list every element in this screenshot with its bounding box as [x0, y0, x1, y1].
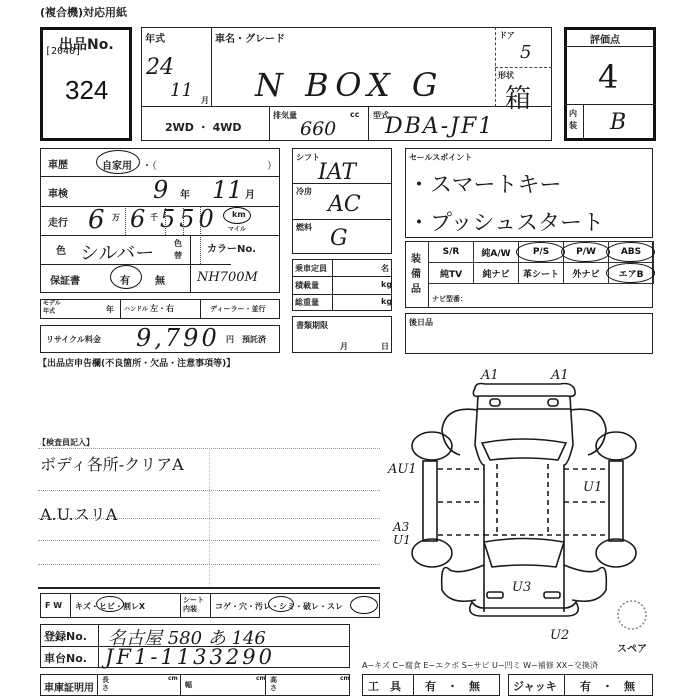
equipment-item: S/R [428, 241, 474, 263]
year-label: 年式 [145, 30, 165, 45]
sales-point-2: ・プッシュスタート [408, 206, 604, 237]
mark-left-lower-2: U1 [393, 533, 411, 547]
damage-legend: A−キズ C−腐食 E−エクボ S−サビ U−凹ミ W−補修 XX−交換済 [362, 660, 598, 671]
chassis-value: JF1-1133290 [105, 645, 275, 669]
car-name-label: 車名・グレード [215, 30, 285, 45]
equipment-item: 外ナビ [563, 262, 609, 284]
month-value: 11 [170, 80, 193, 101]
ac-value: AC [328, 192, 361, 217]
car-name-value: N BOX G [255, 66, 443, 104]
lot-number-box: 出品No. [2040] 324 [40, 27, 132, 141]
mileage-sen: 6 [130, 205, 145, 233]
lot-number: 324 [65, 75, 108, 106]
mileage-man: 6 [88, 205, 105, 235]
inspection-month: 11 [212, 176, 243, 204]
equipment-circle-mark [606, 242, 655, 262]
inspector-line-1: ボディ各所-クリアA [40, 452, 184, 475]
later-items-block [405, 313, 653, 354]
equipment-item: 純ナビ [473, 262, 519, 284]
interior-score: B [610, 110, 626, 135]
displacement-value: 660 [300, 118, 336, 140]
seller-notes-label: 【出品店申告欄(不良箇所・欠品・注意事項等)】 [38, 356, 235, 369]
drive-label: 2WD ・ 4WD [165, 119, 242, 135]
equipment-item: 純A/W [473, 241, 519, 263]
mark-rear-center: U3 [512, 580, 531, 595]
car-diagram [380, 360, 700, 650]
shape-value: 箱 [505, 78, 531, 115]
fuel-value: G [330, 226, 348, 251]
warranty-yes: 有 [120, 272, 130, 287]
mark-front-right: A1 [551, 368, 569, 383]
mark-left-lower-1: A3 [393, 520, 409, 534]
year-value: 24 [146, 55, 174, 80]
equipment-circle-mark [561, 242, 610, 262]
warranty-no: 無 [155, 272, 165, 287]
jack-options: 有 ・ 無 [580, 678, 635, 694]
equipment-circle-mark [516, 242, 565, 262]
equipment-item: 純TV [428, 262, 474, 284]
equipment-item: 革シート [518, 262, 564, 284]
equipment-circle-mark [606, 263, 655, 283]
color-value: シルバー [80, 238, 154, 265]
shift-value: IAT [318, 160, 356, 185]
mark-front-left: A1 [481, 368, 499, 383]
grade-score: 4 [598, 58, 618, 96]
spare-label: スペア [617, 640, 647, 655]
history-option: 自家用 [102, 157, 132, 172]
mileage-rest: 550 [160, 205, 218, 233]
mark-rear-bottom: U2 [550, 628, 569, 643]
model-code-value: DBA-JF1 [385, 114, 494, 139]
tools-options: 有 ・ 無 [425, 678, 480, 694]
header-text: (複合機)対応用紙 [40, 4, 127, 20]
mark-left-upper: AU1 [388, 462, 417, 477]
recycle-value: 9,790 [136, 324, 220, 352]
lot-code: [2040] [45, 46, 81, 57]
inspection-year: 9 [153, 176, 168, 204]
sales-point-1: ・スマートキー [408, 168, 562, 199]
doors-value: 5 [520, 42, 531, 63]
inspector-line-2: A.U.スリA [40, 502, 117, 525]
color-number: NH700M [197, 270, 258, 285]
mark-right-upper: U1 [583, 480, 602, 495]
